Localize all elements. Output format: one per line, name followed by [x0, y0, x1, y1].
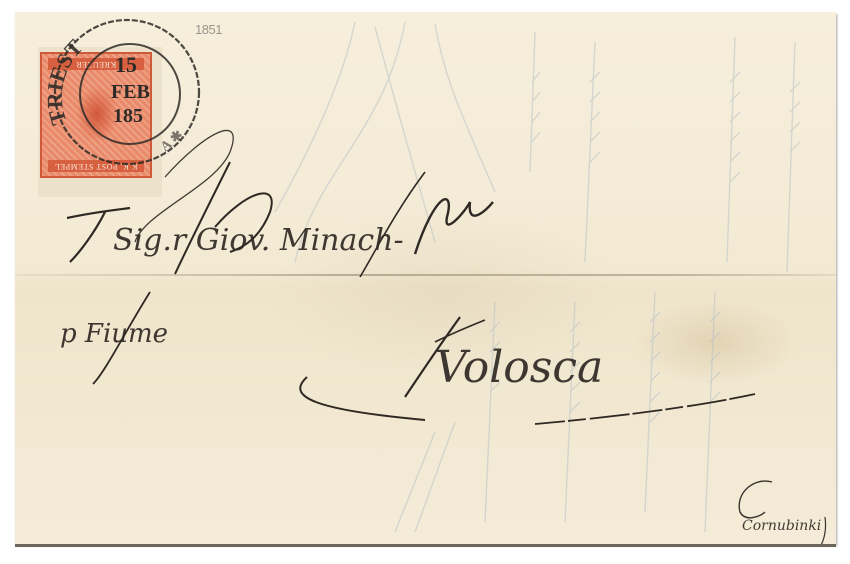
address-line-3-text: Volosca — [435, 342, 603, 393]
postmark-month: FEB — [111, 81, 150, 103]
address-line-2: p Fiume — [60, 292, 168, 384]
postal-cover: KREUZER K.K. POST STEMPEL 1851 TRIEST 15… — [15, 12, 836, 544]
ink-layer: TRIEST 15 FEB 185 A ✱ Sig.r Giov. Minach… — [15, 12, 836, 544]
postmark: TRIEST 15 FEB 185 A ✱ — [42, 20, 199, 164]
signature-text: Cornubinki — [742, 518, 821, 534]
address-line-2-text: p Fiume — [60, 319, 168, 349]
address-line-1-text: Sig.r Giov. Minach- — [113, 223, 404, 258]
postmark-year: 185 — [113, 105, 143, 127]
postmark-day: 15 — [115, 52, 137, 77]
address-line-1: Sig.r Giov. Minach- — [67, 162, 493, 277]
address-line-3: Volosca — [300, 317, 755, 424]
signature: Cornubinki — [739, 481, 825, 544]
